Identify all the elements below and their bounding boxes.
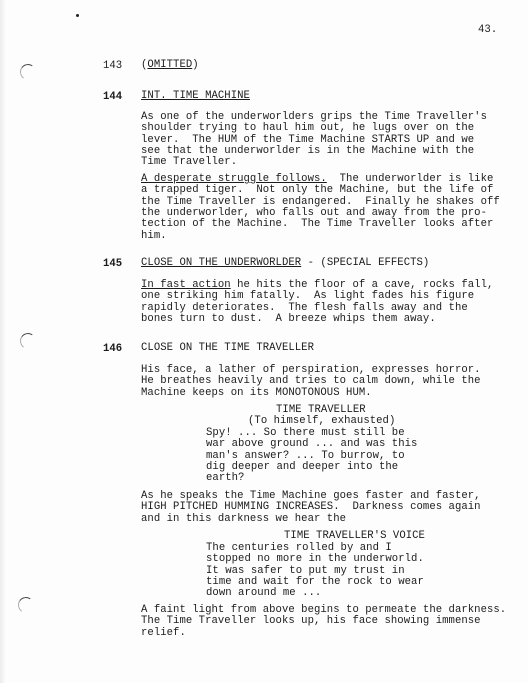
scene-number: 144: [103, 91, 122, 103]
underlined-phrase: A desperate struggle follows.: [141, 173, 327, 185]
text-line: and in this darkness we hear the: [141, 514, 346, 525]
text-line: He breathes heavily and tries to calm do…: [141, 376, 481, 387]
text-line: one striking him fatally. As light fades…: [141, 291, 474, 302]
script-page: 43. 143 (OMITTED) 144 INT. TIME MACHINE …: [0, 0, 528, 683]
dialogue-character: TIME TRAVELLER'S VOICE: [284, 531, 425, 542]
text-line: earth?: [206, 473, 244, 484]
text-line: a trapped tiger. Not only the Machine, b…: [141, 185, 493, 196]
text-line: rapidly deteriorates. The flesh falls aw…: [141, 303, 468, 314]
text-line: man's answer? ... To burrow, to: [206, 451, 405, 462]
text-line: HIGH PITCHED HUMMING INCREASES. Darkness…: [141, 502, 481, 513]
scene-heading: CLOSE ON THE TIME TRAVELLER: [141, 343, 314, 354]
text-line: bones turn to dust. A breeze whips them …: [141, 314, 436, 325]
text-line: Time Traveller.: [141, 157, 237, 168]
text-line: It was safer to put my trust in: [206, 566, 405, 577]
scene-number: 146: [103, 343, 122, 355]
scene-heading: (OMITTED): [141, 60, 199, 71]
dialogue-parenthetical: (To himself, exhausted): [248, 416, 395, 427]
text-line: war above ground ... and was this: [206, 439, 417, 450]
text-line: The Time Traveller looks up, his face sh…: [141, 616, 481, 627]
text-line: tection of the Machine. The Time Travell…: [141, 219, 493, 230]
omitted-label: OMITTED: [147, 59, 192, 71]
text-line: Machine keeps on its MONOTONOUS HUM.: [141, 388, 372, 399]
text-line: relief.: [141, 628, 186, 639]
hole-punch-mark-icon: [19, 332, 38, 351]
text-line: down around me ...: [206, 588, 321, 599]
scene-number: 145: [103, 258, 122, 270]
text-line: the Time Traveller is endangered. Finall…: [141, 197, 500, 208]
scene-heading: INT. TIME MACHINE: [141, 91, 250, 102]
page-number: 43.: [478, 25, 497, 36]
scene-heading-suffix: - (SPECIAL EFFECTS): [301, 257, 429, 269]
text-line: him.: [141, 231, 167, 242]
scene-number: 143: [103, 60, 122, 72]
scan-edge-shadow: [0, 0, 6, 683]
text-line: lever. The HUM of the Time Machine START…: [141, 135, 474, 146]
hole-punch-mark-icon: [19, 63, 38, 82]
scene-heading: CLOSE ON THE UNDERWORLDER - (SPECIAL EFF…: [141, 258, 429, 269]
scene-heading-main: CLOSE ON THE UNDERWORLDER: [141, 257, 301, 269]
hole-punch-mark-icon: [17, 596, 36, 615]
stray-dot-mark: [76, 14, 79, 17]
text-line: stopped no more in the underworld.: [206, 554, 424, 565]
underlined-phrase: In fast action: [141, 279, 231, 291]
text-line: shoulder trying to haul him out, he lugs…: [141, 123, 474, 134]
